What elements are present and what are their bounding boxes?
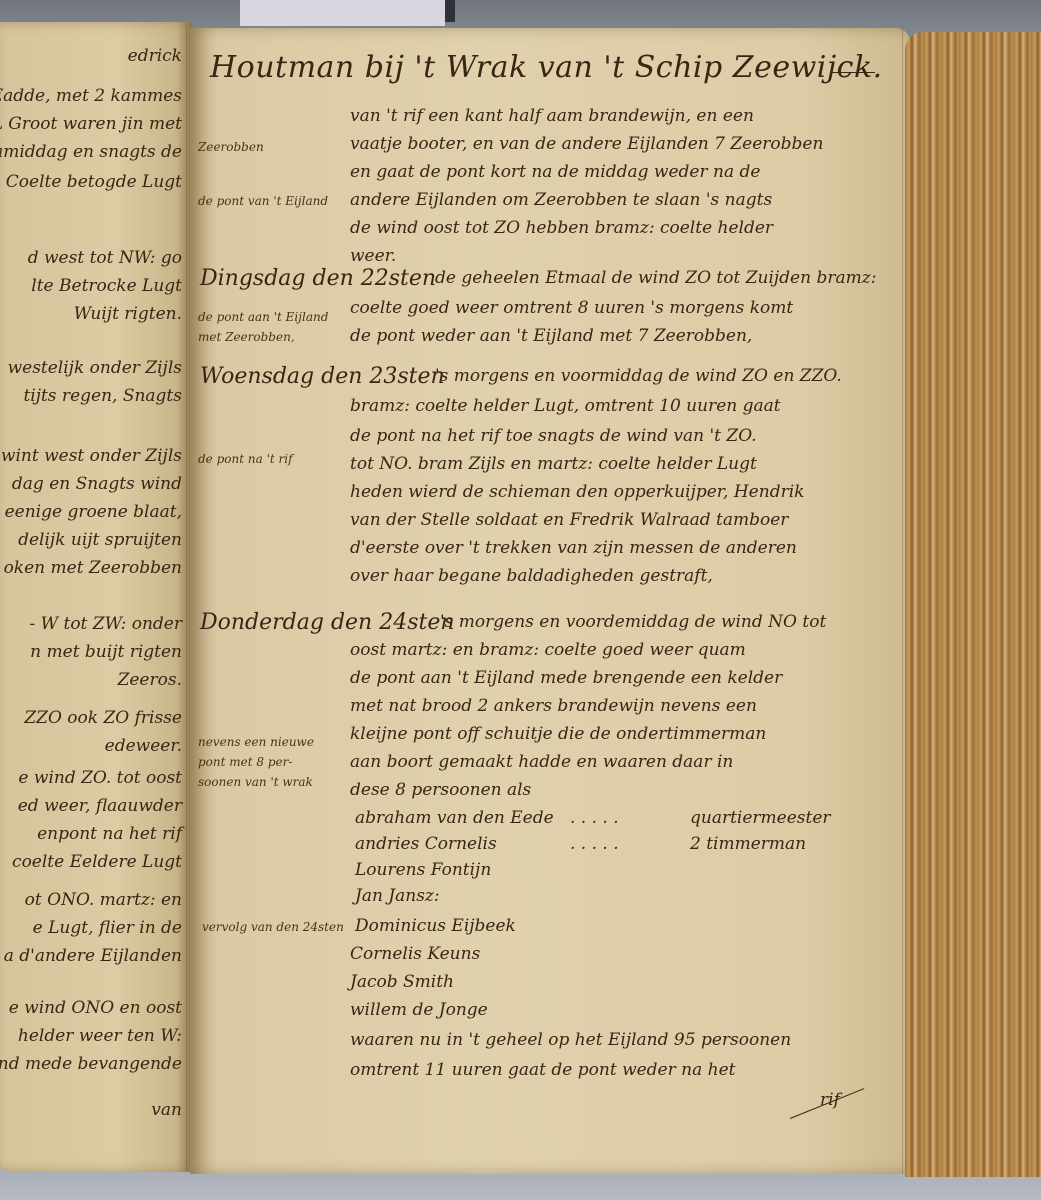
manuscript-line: ten Eadde, met 2 kammes [0,86,182,106]
manuscript-line: e Lugt, flier in de [33,918,182,938]
day-label: Donderdag den 24sten [200,610,455,635]
left-page: edrickten Eadde, met 2 kammesL Groot war… [0,22,192,1172]
margin-note: de pont aan 't Eijland [198,310,328,324]
manuscript-line: wint west onder Zijls [1,446,182,466]
manuscript-line: - W tot ZW: onder [29,614,182,634]
margin-note: de pont na 't rif [198,452,293,466]
margin-rule [902,28,903,1174]
manuscript-line: enpont na het rif [37,824,182,844]
crew-name: Lourens Fontijn [355,860,491,880]
day-label: vervolg van den 24sten [202,920,344,934]
manuscript-line: de pont aan 't Eijland mede brengende ee… [350,668,782,688]
manuscript-line: lte Betrocke Lugt [31,276,182,296]
leader-dots: . . . . . [570,834,619,854]
crew-name: Jan Jansz: [355,886,440,906]
manuscript-line: dag en Snagts wind [12,474,182,494]
backdrop-block [445,0,455,22]
manuscript-line: andere Eijlanden om Zeerobben te slaan '… [350,190,772,210]
manuscript-line: en gaat de pont kort na de middag weder … [350,162,760,182]
manuscript-line: van [151,1100,182,1120]
manuscript-line: tot NO. bram Zijls en martz: coelte held… [350,454,757,474]
manuscript-line: over haar begane baldadigheden gestraft, [350,566,713,586]
manuscript-line: helder weer ten W: [18,1026,182,1046]
day-label: Dingsdag den 22sten [200,266,436,291]
manuscript-line: e wind ZO. tot oost [18,768,182,788]
crew-name: andries Cornelis [355,834,497,854]
manuscript-line: a d'andere Eijlanden [4,946,182,966]
manuscript-line: d west tot NW: go [28,248,182,268]
manuscript-line: willem de Jonge [350,1000,488,1020]
manuscript-line: nd mede bevangende [0,1054,182,1074]
manuscript-line: 's morgens en voordemiddag de wind NO to… [440,612,826,632]
manuscript-line: heden wierd de schieman den opperkuijper… [350,482,804,502]
manuscript-line: edrick [128,46,182,66]
manuscript-line: oost martz: en bramz: coelte goed weer q… [350,640,746,660]
manuscript-line: delijk uijt spruijten [18,530,182,550]
manuscript-line: ot ONO. martz: en [25,890,182,910]
manuscript-line: Z: Coelte betogde Lugt [0,172,182,192]
manuscript-line: Cornelis Keuns [350,944,480,964]
manuscript-line: n eenige groene blaat, [0,502,182,522]
manuscript-line: 's morgens en voormiddag de wind ZO en Z… [435,366,842,386]
right-page: Houtman bij 't Wrak van 't Schip Zeewijc… [190,28,910,1174]
manuscript-line: e wind ONO en oost [9,998,182,1018]
margin-rule [186,22,187,1172]
page-heading: Houtman bij 't Wrak van 't Schip Zeewijc… [210,50,883,85]
book-page-edges [905,32,1041,1177]
manuscript-line: bramz: coelte helder Lugt, omtrent 10 uu… [350,396,781,416]
leader-dots: . . . . . [570,808,619,828]
manuscript-line: edeweer. [105,736,182,756]
crew-name: abraham van den Eede [355,808,554,828]
margin-note: met Zeerobben, [198,330,295,344]
manuscript-line: aan boort gemaakt hadde en waaren daar i… [350,752,733,772]
heading-flourish [830,72,875,73]
margin-note: soonen van 't wrak [198,775,313,789]
manuscript-line: Wuijt rigten. [74,304,182,324]
manuscript-line: omtrent 11 uuren gaat de pont weder na h… [350,1060,735,1080]
backdrop-card [240,0,445,26]
manuscript-line: L Groot waren jin met [0,114,182,134]
manuscript-line: n met buijt rigten [30,642,182,662]
manuscript-line: Jacob Smith [350,972,454,992]
manuscript-line: weer. [350,246,396,266]
margin-note: pont met 8 per- [198,755,292,769]
crew-role: quartiermeester [690,808,831,828]
manuscript-line: westelijk onder Zijls [8,358,182,378]
manuscript-line: vaatje booter, en van de andere Eijlande… [350,134,823,154]
manuscript-line: de geheelen Etmaal de wind ZO tot Zuijde… [435,268,876,288]
manuscript-line: coelte Eeldere Lugt [12,852,182,872]
manuscript-line: de wind oost tot ZO hebben bramz: coelte… [350,218,773,238]
manuscript-line: dese 8 persoonen als [350,780,531,800]
manuscript-line: coelte goed weer omtrent 8 uuren 's morg… [350,298,793,318]
manuscript-line: namiddag en snagts de [0,142,182,162]
manuscript-line: d'eerste over 't trekken van zijn messen… [350,538,797,558]
manuscript-line: ed weer, flaauwder [18,796,182,816]
crew-role: 2 timmerman [690,834,806,854]
manuscript-line: waaren nu in 't geheel op het Eijland 95… [350,1030,791,1050]
manuscript-line: van 't rif een kant half aam brandewijn,… [350,106,754,126]
margin-note: de pont van 't Eijland [198,194,328,208]
margin-note: Zeerobben [198,140,264,154]
margin-note: nevens een nieuwe [198,735,314,749]
manuscript-line: Zeeros. [118,670,182,690]
manuscript-line: van der Stelle soldaat en Fredrik Walraa… [350,510,788,530]
manuscript-line: kleijne pont off schuitje die de onderti… [350,724,766,744]
manuscript-line: oken met Zeerobben [4,558,182,578]
manuscript-line: met nat brood 2 ankers brandewijn nevens… [350,696,757,716]
manuscript-line: ZZO ook ZO frisse [24,708,182,728]
manuscript-line: Dominicus Eijbeek [355,916,516,936]
manuscript-line: de pont na het rif toe snagts de wind va… [350,426,757,446]
manuscript-line: tijts regen, Snagts [23,386,182,406]
manuscript-line: de pont weder aan 't Eijland met 7 Zeero… [350,326,752,346]
day-label: Woensdag den 23sten [200,364,445,389]
